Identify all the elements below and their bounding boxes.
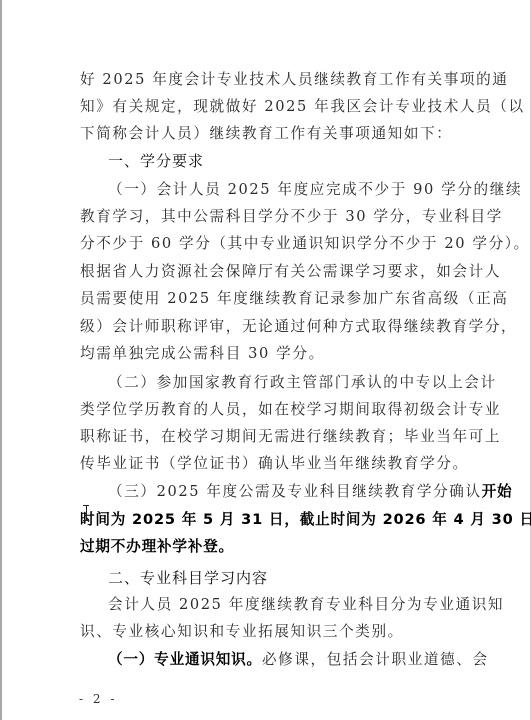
s1-item1-line-7: 均需单独完成公需科目 30 学分。 xyxy=(80,343,444,365)
s2-para-line-2: 识、专业核心知识和专业拓展知识三个类别。 xyxy=(80,621,444,643)
s1-item2-line-2: 类学位学历教育的人员，如在校学习期间取得初级会计专业 xyxy=(80,399,444,421)
s2-para-line-1: 会计人员 2025 年度继续教育专业科目分为专业通识知 xyxy=(108,594,444,616)
section-1-heading: 一、学分要求 xyxy=(108,149,204,173)
s1-item1-line-4: 根据省人力资源社会保障厅有关公需课学习要求，如会计人 xyxy=(80,261,444,283)
s2-item1-line-1: （一）专业通识知识。必修课，包括会计职业道德、会 xyxy=(108,649,444,671)
section-2-heading: 二、专业科目学习内容 xyxy=(108,566,268,590)
page-number: - 2 - xyxy=(79,692,117,706)
intro-line-2: 知》有关规定，现就做好 2025 年我区会计专业技术人员（以 xyxy=(80,96,444,118)
s1-item1-line-2: 教育学习，其中公需科目学分不少于 30 学分，专业科目学 xyxy=(80,206,444,228)
intro-line-1: 好 2025 年度会计专业技术人员继续教育工作有关事项的通 xyxy=(80,69,444,91)
s1-item3-line-3: 过期不办理补学补登。 xyxy=(80,536,444,558)
s1-item1-line-3: 分不少于 60 学分（其中专业通识知识学分不少于 20 学分）。 xyxy=(80,233,444,255)
intro-line-3: 下简称会计人员）继续教育工作有关事项通知如下： xyxy=(80,123,444,145)
s1-item1-line-6: 级）会计师职称评审，无论通过何种方式取得继续教育学分， xyxy=(80,316,444,338)
s1-item2-line-1: （二）参加国家教育行政主管部门承认的中专以上会计 xyxy=(108,372,444,394)
s1-item3-line-1-bold: 开始 xyxy=(482,483,513,500)
s1-item2-line-3: 职称证书，在校学习期间无需进行继续教育；毕业当年可上 xyxy=(80,426,444,448)
text-cursor-icon xyxy=(83,505,89,521)
s2-item1-normal: 必修课，包括会计职业道德、会 xyxy=(262,651,489,668)
s1-item3-line-1-normal: （三）2025 年度公需及专业科目继续教育学分确认 xyxy=(108,483,482,500)
s2-item1-bold: （一）专业通识知识。 xyxy=(108,651,262,668)
s1-item1-line-5: 员需要使用 2025 年度继续教育记录参加广东省高级（正高 xyxy=(80,288,444,310)
s1-item1-line-1: （一）会计人员 2025 年度应完成不少于 90 学分的继续 xyxy=(108,179,444,201)
s1-item2-line-4: 传毕业证书（学位证书）确认毕业当年继续教育学分。 xyxy=(80,453,444,475)
document-page: 好 2025 年度会计专业技术人员继续教育工作有关事项的通 知》有关规定，现就做… xyxy=(0,0,531,720)
s1-item3-line-1: （三）2025 年度公需及专业科目继续教育学分确认开始 xyxy=(108,481,444,503)
s1-item3-line-2: 时间为 2025 年 5 月 31 日，截止时间为 2026 年 4 月 30 … xyxy=(80,509,444,531)
